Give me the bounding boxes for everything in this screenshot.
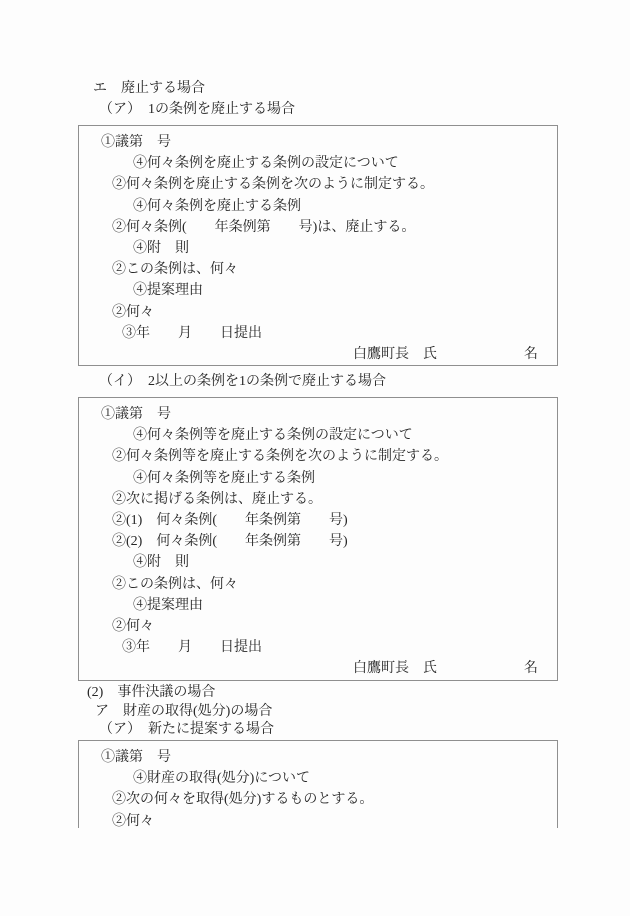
template-box-property-acquisition: ①議第 号 ④財産の取得(処分)について ②次の何々を取得(処分)するものとする…: [78, 740, 558, 828]
template-line: ④何々条例等を廃止する条例の設定について: [79, 425, 557, 446]
signature-line: 白鷹町長 氏 名: [79, 344, 557, 365]
signature-name: 名: [524, 344, 538, 365]
heading-abolish-single: （ア） 1の条例を廃止する場合: [99, 101, 295, 119]
heading-incident-resolution: (2) 事件決議の場合: [87, 684, 215, 702]
template-line: ①議第 号: [79, 747, 557, 768]
template-line: ②何々条例を廃止する条例を次のように制定する。: [79, 174, 557, 195]
template-line: ②何々: [79, 811, 557, 828]
template-line: ②何々: [79, 616, 557, 637]
template-line: ②この条例は、何々: [79, 259, 557, 280]
signature-title: 白鷹町長 氏: [353, 658, 437, 679]
template-line: ④附 則: [79, 238, 557, 259]
heading-abolish-multiple: （イ） 2以上の条例を1の条例で廃止する場合: [99, 373, 386, 391]
heading-abolish-case: エ 廃止する場合: [93, 80, 205, 98]
document-page: エ 廃止する場合 （ア） 1の条例を廃止する場合 （イ） 2以上の条例を1の条例…: [0, 0, 630, 916]
template-line: ④提案理由: [79, 280, 557, 301]
template-line: ④財産の取得(処分)について: [79, 768, 557, 789]
template-box-abolish-single: ①議第 号 ④何々条例を廃止する条例の設定について ②何々条例を廃止する条例を次…: [78, 125, 558, 366]
template-line: ②(1) 何々条例( 年条例第 号): [79, 510, 557, 531]
template-line: ②何々条例等を廃止する条例を次のように制定する。: [79, 446, 557, 467]
heading-property-acquisition: ア 財産の取得(処分)の場合: [95, 703, 272, 721]
template-line: ③年 月 日提出: [79, 637, 557, 658]
template-line: ②次に掲げる条例は、廃止する。: [79, 489, 557, 510]
signature-title: 白鷹町長 氏: [353, 344, 437, 365]
template-line: ④提案理由: [79, 595, 557, 616]
template-line: ③年 月 日提出: [79, 323, 557, 344]
template-line: ①議第 号: [79, 132, 557, 153]
template-line: ④何々条例等を廃止する条例: [79, 468, 557, 489]
template-line: ④何々条例を廃止する条例: [79, 196, 557, 217]
template-line: ②この条例は、何々: [79, 574, 557, 595]
signature-line: 白鷹町長 氏 名: [79, 658, 557, 679]
template-line: ②何々条例( 年条例第 号)は、廃止する。: [79, 217, 557, 238]
template-box-abolish-multiple: ①議第 号 ④何々条例等を廃止する条例の設定について ②何々条例等を廃止する条例…: [78, 397, 558, 681]
signature-name: 名: [524, 658, 538, 679]
template-line: ②(2) 何々条例( 年条例第 号): [79, 531, 557, 552]
template-line: ④何々条例を廃止する条例の設定について: [79, 153, 557, 174]
heading-new-proposal: （ア） 新たに提案する場合: [99, 721, 274, 739]
template-line: ①議第 号: [79, 404, 557, 425]
template-line: ②何々: [79, 302, 557, 323]
template-line: ②次の何々を取得(処分)するものとする。: [79, 789, 557, 810]
template-line: ④附 則: [79, 552, 557, 573]
